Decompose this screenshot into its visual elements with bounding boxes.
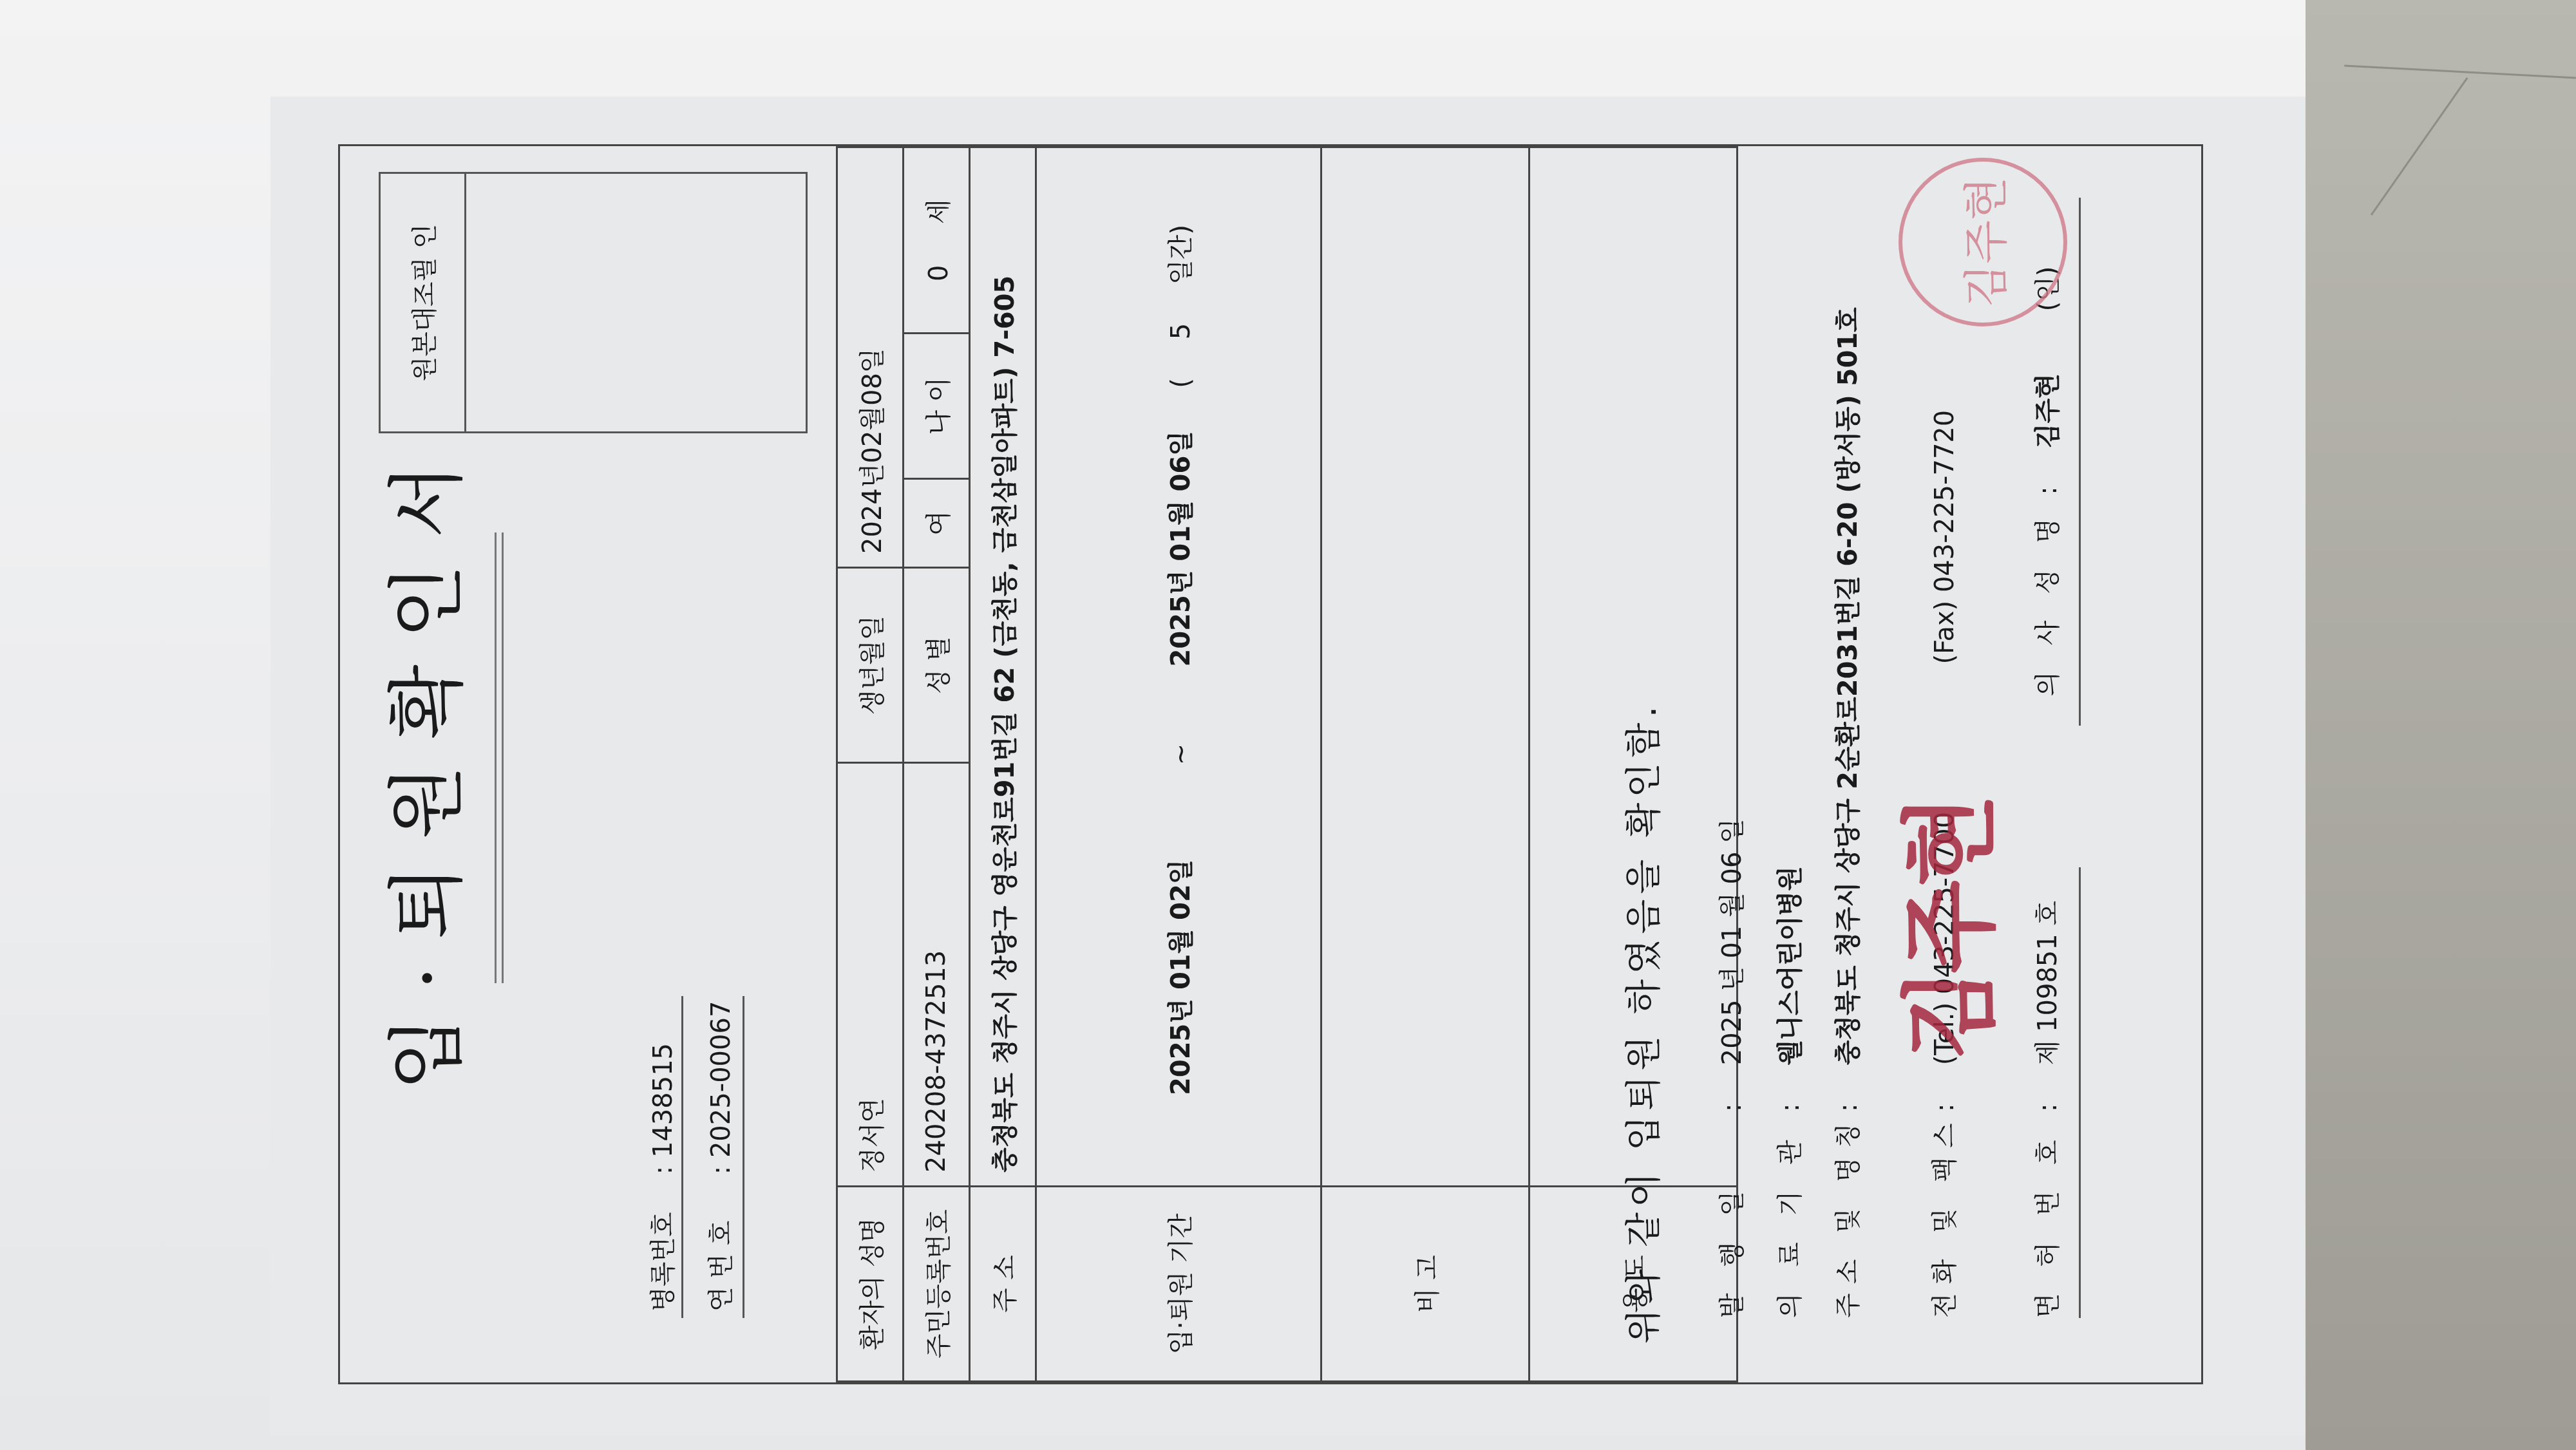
address-value: 충청북도 청주시 상당구 영운천로91번길 62 (금천동, 금천삼일아파트) … — [970, 147, 1036, 1187]
birth-value: 2024년02월08일 — [837, 147, 904, 568]
issue-date-row: 발 행 일: 2025 년 01 월 06 일 — [1712, 818, 1748, 1318]
registration-label: 병록번호 — [643, 1183, 679, 1312]
period-days-suffix: 일간) — [1166, 225, 1196, 285]
hospital-address-value: 충청북도 청주시 상당구 2순환로2031번길 6-20 (방서동) 501호 — [1833, 307, 1863, 1065]
meta-divider — [743, 996, 744, 1318]
original-copy-seal-box: 원본대조필 인 — [379, 172, 808, 433]
fax-prefix: (Fax) — [1930, 601, 1960, 664]
sex-label: 성 별 — [904, 568, 970, 763]
title-underline — [495, 532, 504, 983]
confirmation-statement: 위와 같이 입퇴원 하였음을 확인함. — [1615, 701, 1667, 1344]
signature-line — [2079, 198, 2081, 726]
remarks-label: 비 고 — [1321, 1187, 1529, 1382]
table-row: 주민등록번호 240208-4372513 성 별 여 나 이 0 세 — [904, 147, 970, 1382]
age-label: 나 이 — [904, 334, 970, 478]
institution-value: 웰니스어린이병원 — [1776, 866, 1805, 1065]
paper: 입·퇴원확인서 병록번호 : 1438515 연 번 호 : 2025-0006… — [270, 97, 2306, 1436]
name-value: 정서연 — [837, 763, 904, 1187]
patient-info-table: 환자의 성명 정서연 생년월일 2024년02월08일 주민등록번호 24020… — [836, 146, 1738, 1382]
period-start: 2025년 01월 02일 — [1160, 773, 1197, 1095]
table-row: 비 고 — [1321, 147, 1529, 1382]
table-row: 환자의 성명 정서연 생년월일 2024년02월08일 — [837, 147, 904, 1382]
doctor-label: 의 사 성 명 — [2027, 504, 2064, 697]
doctor-value: 김주현 — [2027, 319, 2064, 448]
period-value: 2025년 01월 02일 ~ 2025년 01월 06일 ( 5 일간) — [1036, 147, 1321, 1187]
sex-value: 여 — [904, 478, 970, 567]
license-label: 면 허 번 호 — [2027, 1112, 2064, 1318]
document-frame: 입·퇴원확인서 병록번호 : 1438515 연 번 호 : 2025-0006… — [338, 144, 2203, 1384]
registration-number: 병록번호 : 1438515 — [643, 1043, 679, 1312]
age-value: 0 세 — [904, 147, 970, 334]
period-days-prefix: ( — [1166, 378, 1196, 388]
birth-label: 생년월일 — [837, 568, 904, 763]
phone-row: 전화 및 팩스: (Tel.) 043-225-7700 (Fax) 043-2… — [1924, 223, 1961, 1318]
hospital-address-label: 주소 및 명칭 — [1828, 1112, 1864, 1318]
hospital-address-row: 주소 및 명칭: 충청북도 청주시 상당구 2순환로2031번길 6-20 (방… — [1828, 223, 1864, 1318]
period-separator: ~ — [1166, 675, 1196, 765]
serial-label: 연 번 호 — [701, 1183, 737, 1312]
name-label: 환자의 성명 — [837, 1187, 904, 1382]
issue-date-label: 발 행 일 — [1712, 1112, 1748, 1318]
address-label: 주 소 — [970, 1187, 1036, 1382]
period-end: 2025년 01월 06일 — [1160, 397, 1197, 667]
serial-value: 2025-00067 — [706, 1001, 736, 1158]
license-doctor-row: 면 허 번 호: 제 109851 호 의 사 성 명 : 김주현 (인) — [2027, 159, 2064, 1318]
rrn-value: 240208-4372513 — [904, 763, 970, 1187]
certificate-document: 입·퇴원확인서 병록번호 : 1438515 연 번 호 : 2025-0006… — [270, 97, 2306, 1436]
fax-value: 043-225-7720 — [1930, 410, 1960, 592]
institution-row: 의 료 기 관: 웰니스어린이병원 — [1770, 866, 1806, 1318]
doctor-seal-stamp: 김주현 — [1899, 158, 2067, 326]
meta-divider — [681, 996, 683, 1318]
table-row: 입·퇴원 기간 2025년 01월 02일 ~ 2025년 01월 06일 ( … — [1036, 147, 1321, 1382]
phone-label: 전화 및 팩스 — [1924, 1112, 1961, 1318]
registration-value: 1438515 — [649, 1043, 678, 1158]
period-days: 5 — [1166, 293, 1196, 370]
hospital-red-stamp: 김주현 — [1873, 800, 2012, 1060]
table-row: 주 소 충청북도 청주시 상당구 영운천로91번길 62 (금천동, 금천삼일아… — [970, 147, 1036, 1382]
issue-date-value: 2025 년 01 월 06 일 — [1718, 818, 1747, 1065]
seal-box-label: 원본대조필 인 — [381, 174, 466, 431]
floor-background — [2306, 0, 2576, 1450]
license-value: 제 109851 호 — [2027, 704, 2064, 1065]
age-unit: 세 — [924, 199, 954, 224]
age-number: 0 — [924, 265, 954, 281]
remarks-value — [1321, 147, 1529, 1187]
signature-line — [2079, 867, 2081, 1318]
institution-label: 의 료 기 관 — [1770, 1112, 1806, 1318]
period-label: 입·퇴원 기간 — [1036, 1187, 1321, 1382]
rrn-label: 주민등록번호 — [904, 1187, 970, 1382]
serial-number: 연 번 호 : 2025-00067 — [701, 1001, 737, 1312]
